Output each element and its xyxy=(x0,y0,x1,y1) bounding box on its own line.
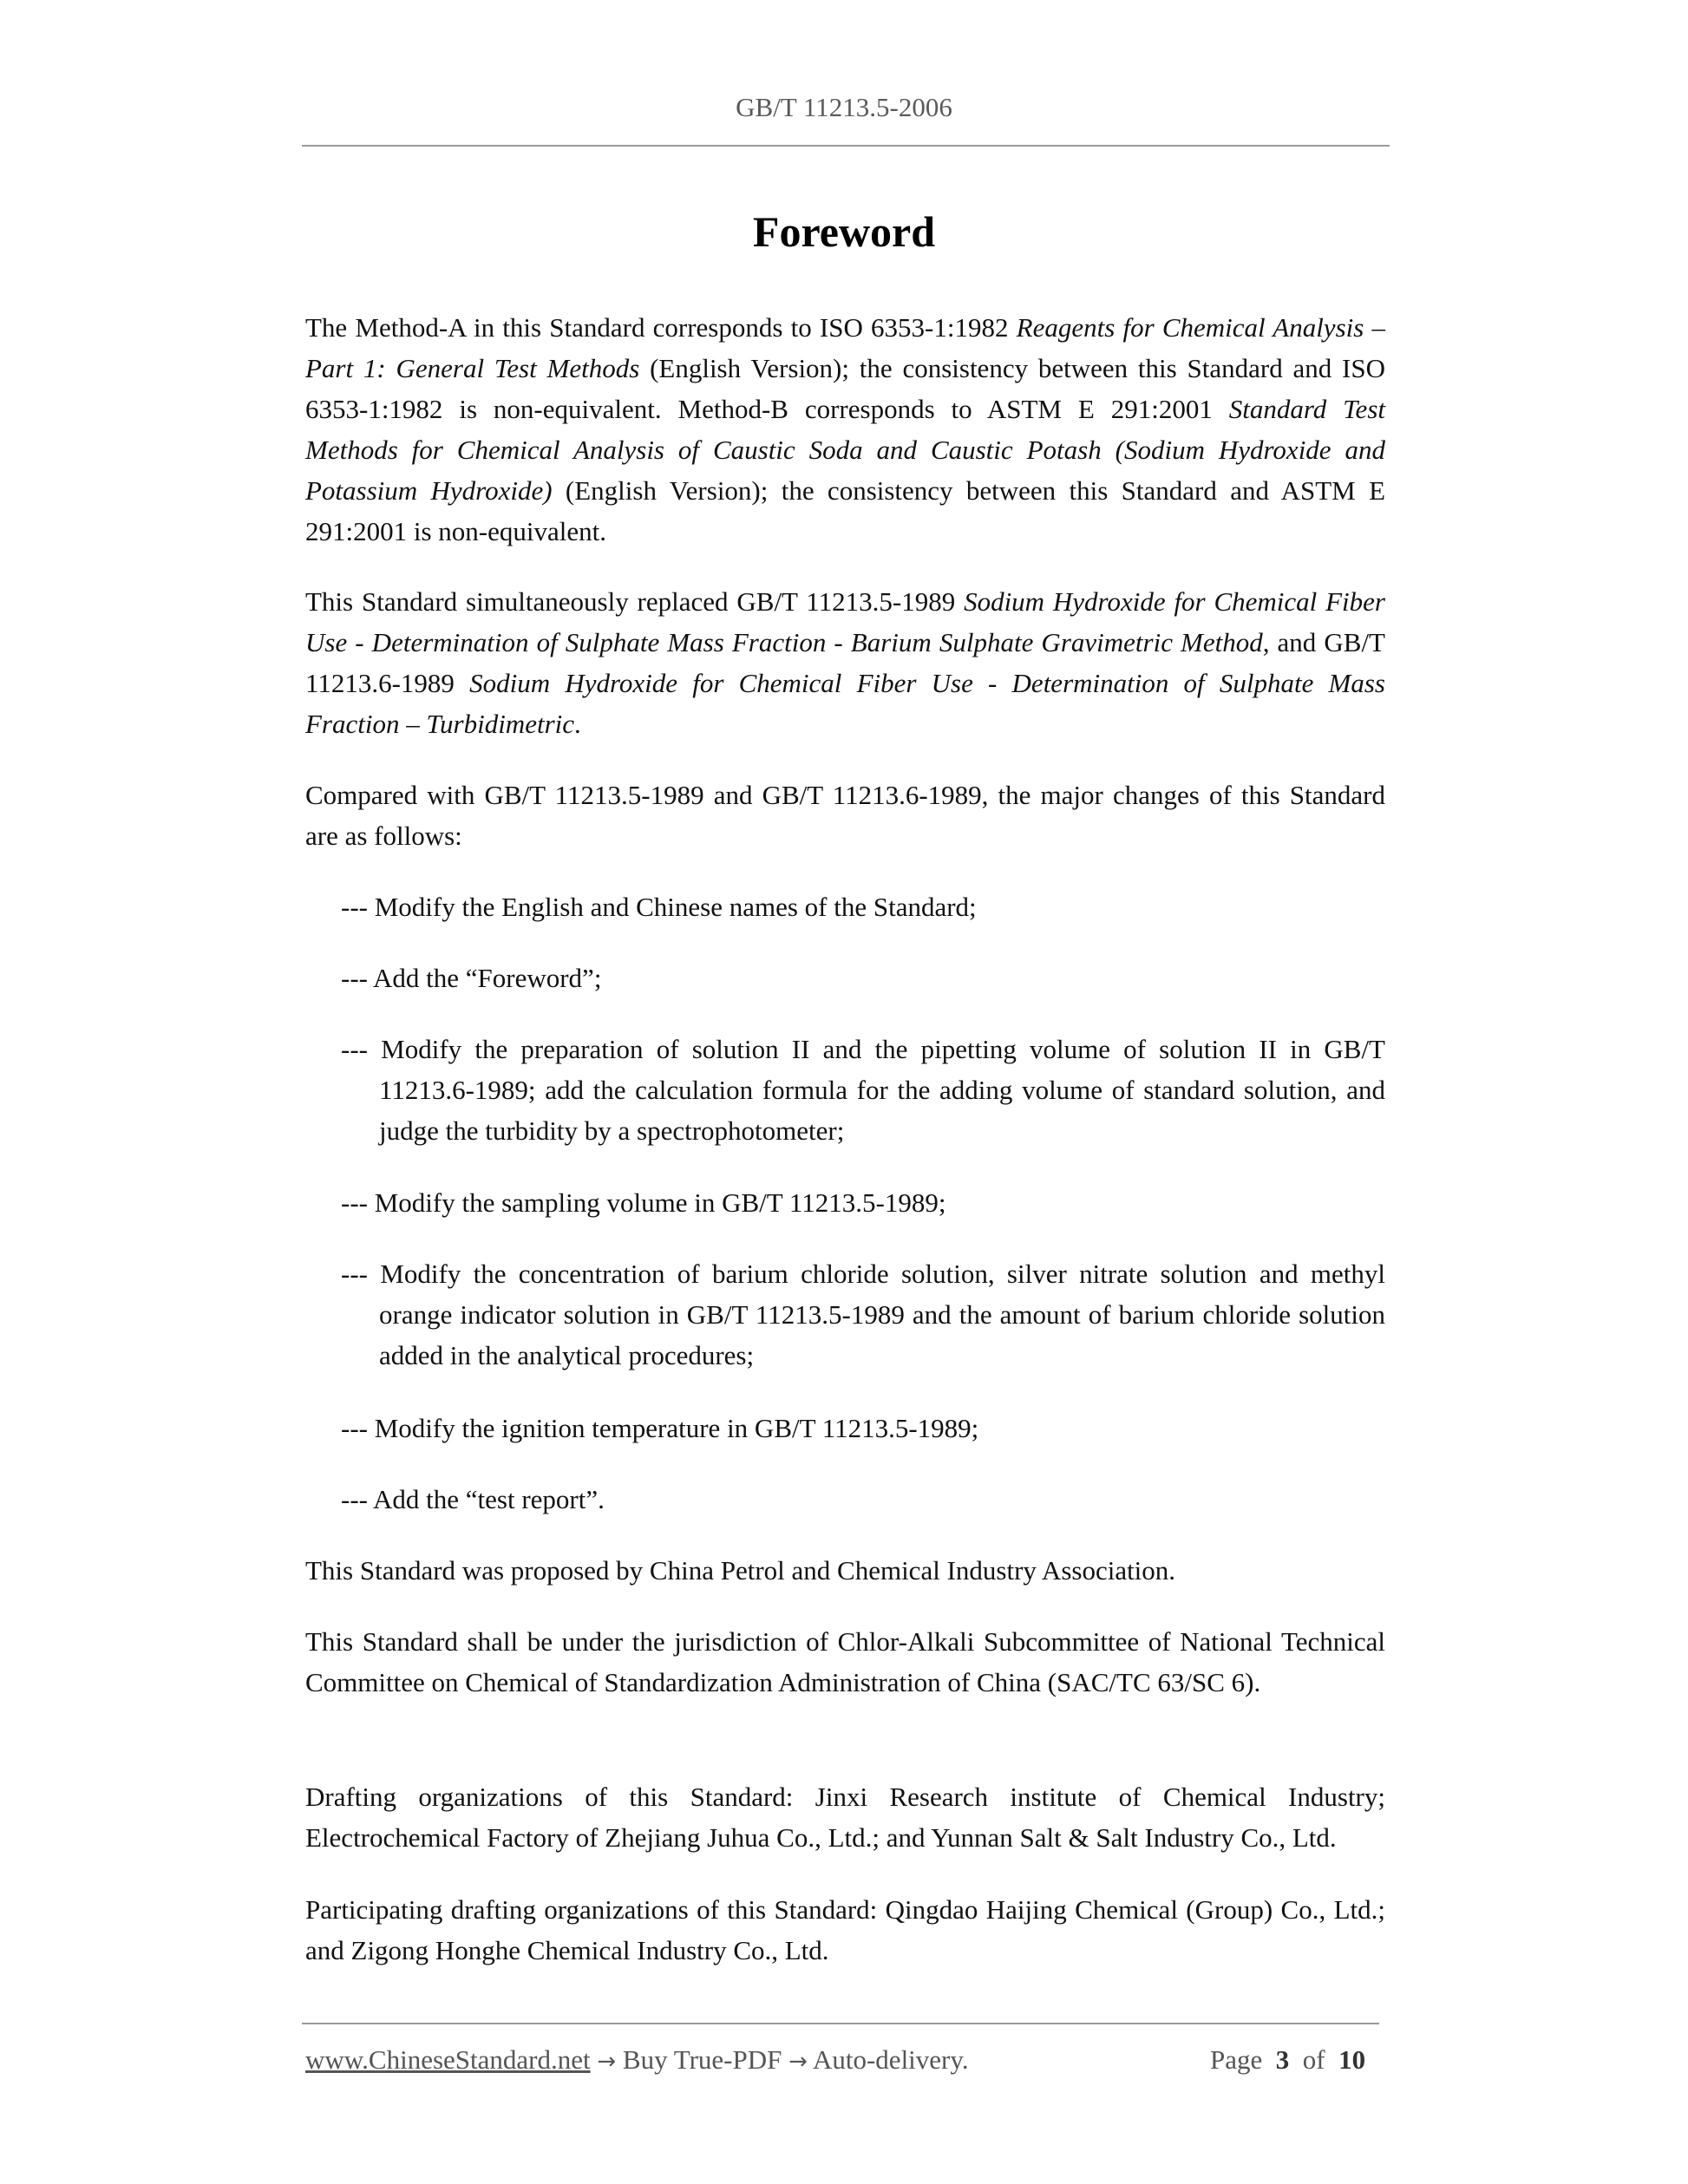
footer-rule xyxy=(302,2023,1379,2024)
change-item: --- Modify the English and Chinese names… xyxy=(341,886,1385,927)
running-header: GB/T 11213.5-2006 xyxy=(0,92,1688,123)
text: The Method-A in this Standard correspond… xyxy=(305,312,1017,343)
page-title: Foreword xyxy=(0,206,1688,257)
change-item: --- Modify the sampling volume in GB/T 1… xyxy=(341,1182,1385,1223)
buy-text: Buy True-PDF xyxy=(623,2044,782,2075)
total-pages: 10 xyxy=(1338,2044,1365,2075)
paragraph-proposed-by: This Standard was proposed by China Petr… xyxy=(305,1550,1385,1591)
paragraph-jurisdiction: This Standard shall be under the jurisdi… xyxy=(305,1621,1385,1703)
paragraph-replacement: This Standard simultaneously replaced GB… xyxy=(305,581,1385,744)
change-item: --- Add the “test report”. xyxy=(341,1479,1385,1520)
page-indicator: Page 3 of 10 xyxy=(1210,2044,1365,2076)
header-rule xyxy=(302,145,1390,147)
website-link[interactable]: www.ChineseStandard.net xyxy=(305,2044,591,2075)
change-item: --- Modify the preparation of solution I… xyxy=(341,1029,1385,1151)
paragraph-changes-intro: Compared with GB/T 11213.5-1989 and GB/T… xyxy=(305,775,1385,856)
current-page: 3 xyxy=(1276,2044,1290,2075)
page-label: Page xyxy=(1210,2044,1262,2075)
text: . xyxy=(574,709,581,739)
paragraph-drafting-orgs: Drafting organizations of this Standard:… xyxy=(305,1776,1385,1858)
paragraph-correspondence: The Method-A in this Standard correspond… xyxy=(305,307,1385,552)
delivery-text: Auto-delivery. xyxy=(813,2044,969,2075)
footer-promo: www.ChineseStandard.net → Buy True-PDF →… xyxy=(305,2044,969,2076)
arrow-right-icon: → xyxy=(788,2049,808,2075)
change-item: --- Modify the ignition temperature in G… xyxy=(341,1408,1385,1448)
text: This Standard simultaneously replaced GB… xyxy=(305,586,964,617)
change-item: --- Modify the concentration of barium c… xyxy=(341,1253,1385,1376)
change-item: --- Add the “Foreword”; xyxy=(341,958,1385,998)
of-label: of xyxy=(1303,2044,1325,2075)
arrow-right-icon: → xyxy=(597,2049,616,2075)
paragraph-participating-orgs: Participating drafting organizations of … xyxy=(305,1889,1385,1971)
